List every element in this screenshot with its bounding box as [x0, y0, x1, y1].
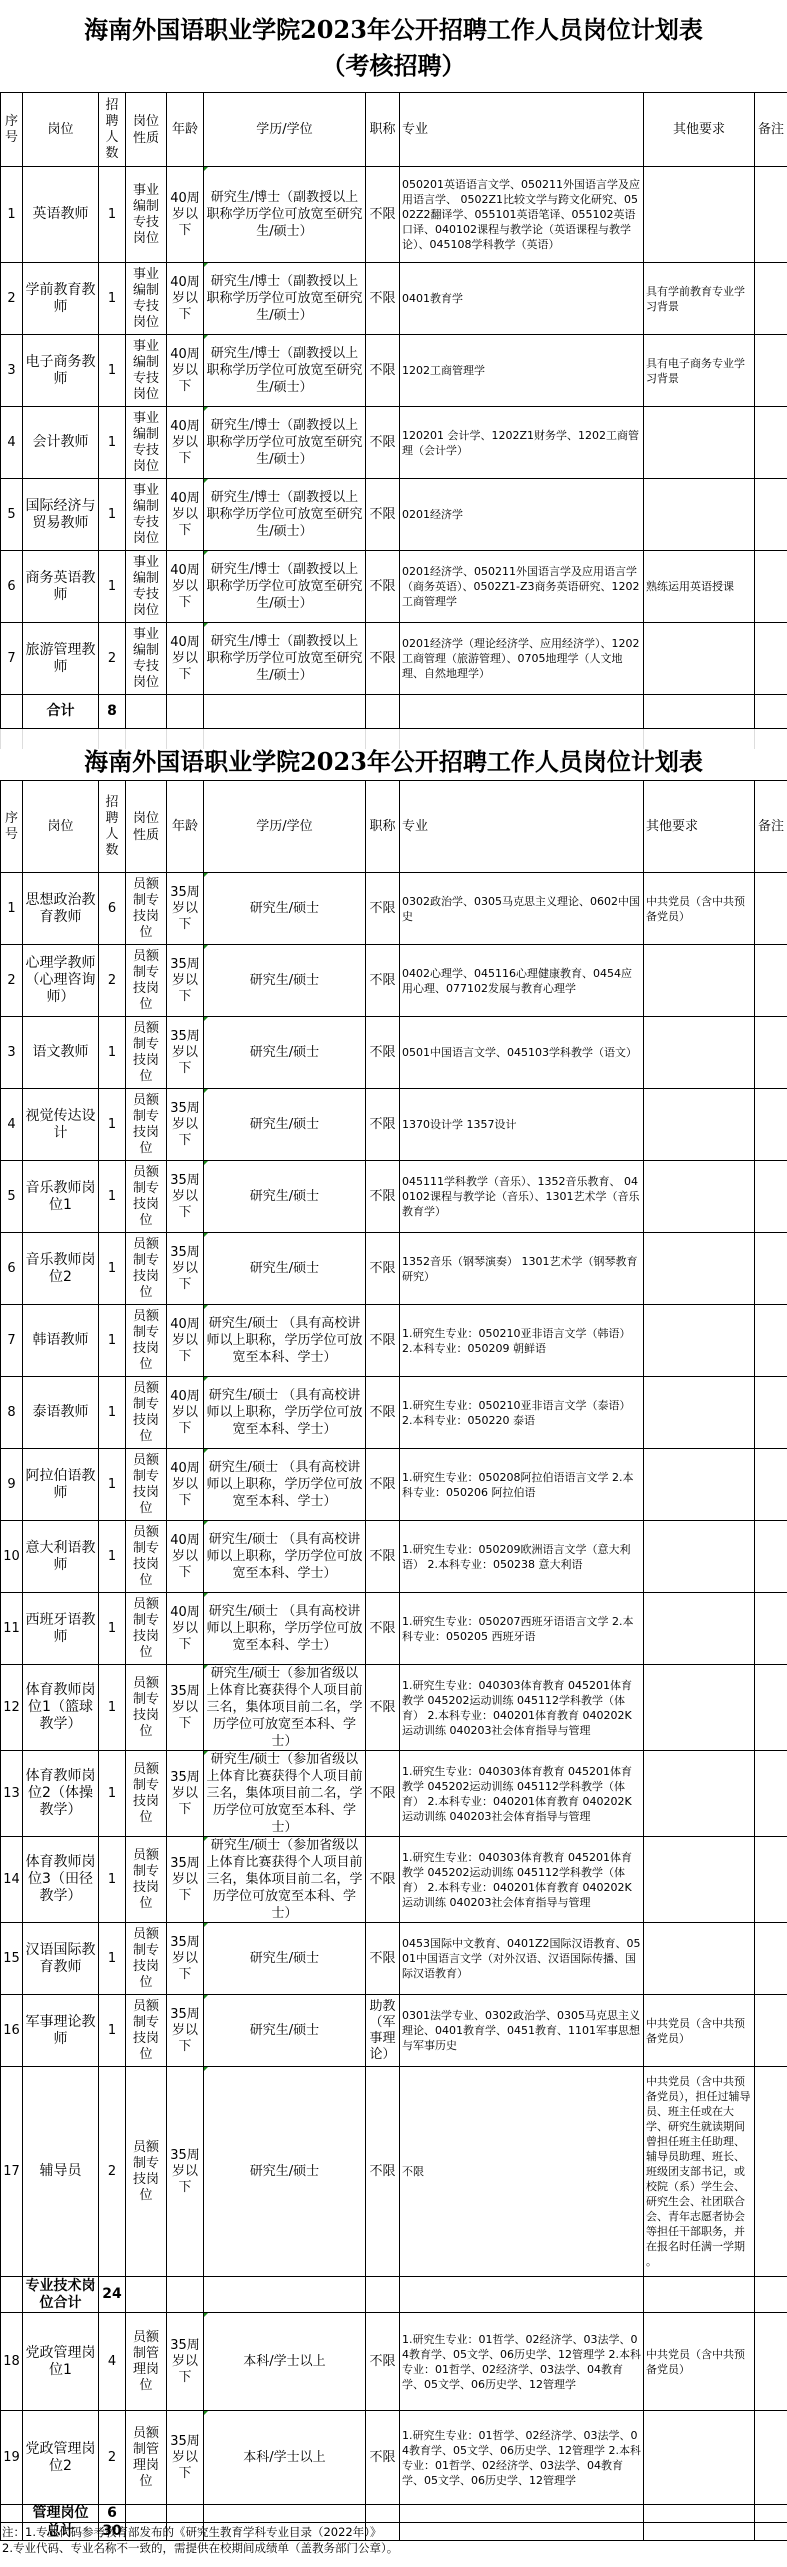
row-count: 4 [99, 2313, 126, 2411]
row-title: 不限 [366, 263, 400, 335]
row-nature: 事业编制专技岗位 [126, 167, 167, 263]
row-remark [755, 945, 787, 1017]
row-education: 研究生/博士（副教授以上职称学历学位可放宽至研究生/硕士） [204, 407, 366, 479]
row-remark [755, 873, 787, 945]
row-no: 13 [1, 1751, 23, 1837]
row-age: 35周岁以下 [167, 1665, 204, 1751]
row-age: 35周岁以下 [167, 2313, 204, 2411]
header-age: 年龄 [167, 93, 204, 167]
row-age: 40周岁以下 [167, 335, 204, 407]
empty-cell [366, 2505, 400, 2523]
row-no: 15 [1, 1923, 23, 1995]
row-position: 音乐教师岗位2 [23, 1233, 99, 1305]
row-major: 0401教育学 [400, 263, 644, 335]
row-no: 5 [1, 1161, 23, 1233]
row-education: 研究生/博士（副教授以上职称学历学位可放宽至研究生/硕士） [204, 479, 366, 551]
row-other-requirements [644, 479, 755, 551]
row-age: 35周岁以下 [167, 1161, 204, 1233]
row-nature: 员额制管理岗位 [126, 2411, 167, 2505]
empty-cell [1, 2505, 23, 2523]
row-title: 不限 [366, 1377, 400, 1449]
row-count: 1 [99, 551, 126, 623]
empty-cell [400, 2505, 644, 2523]
header-count: 招聘人数 [99, 93, 126, 167]
row-major: 1.研究生专业：040303体育教育 045201体育教学 045202运动训练… [400, 1751, 644, 1837]
empty-cell [755, 2505, 787, 2523]
row-education: 研究生/硕士 [204, 945, 366, 1017]
empty-cell [167, 2505, 204, 2523]
row-no: 6 [1, 551, 23, 623]
row-count: 1 [99, 1305, 126, 1377]
header-education: 学历/学位 [204, 781, 366, 873]
row-education: 研究生/硕士 （具有高校讲师以上职称，学历学位可放宽至本科、学士） [204, 1377, 366, 1449]
row-nature: 员额制专技岗位 [126, 1449, 167, 1521]
row-other-requirements: 中共党员（含中共预备党员） [644, 2313, 755, 2411]
row-major: 0201经济学 [400, 479, 644, 551]
empty-cell [366, 695, 400, 729]
row-position: 体育教师岗位1（篮球教学） [23, 1665, 99, 1751]
row-other-requirements [644, 1837, 755, 1923]
row-education: 研究生/硕士 （具有高校讲师以上职称，学历学位可放宽至本科、学士） [204, 1305, 366, 1377]
empty-cell [126, 2505, 167, 2523]
row-title: 不限 [366, 407, 400, 479]
row-age: 35周岁以下 [167, 945, 204, 1017]
row-age: 40周岁以下 [167, 407, 204, 479]
row-other-requirements [644, 2411, 755, 2505]
row-title: 不限 [366, 1665, 400, 1751]
table1-total-row-value: 8 [99, 695, 126, 729]
row-other-requirements: 具有电子商务专业学习背景 [644, 335, 755, 407]
row-count: 1 [99, 1923, 126, 1995]
row-title: 不限 [366, 1449, 400, 1521]
row-title: 不限 [366, 479, 400, 551]
row-remark [755, 335, 787, 407]
row-other-requirements [644, 1233, 755, 1305]
row-no: 4 [1, 1089, 23, 1161]
row-position: 阿拉伯语教师 [23, 1449, 99, 1521]
row-remark [755, 1521, 787, 1593]
row-education: 研究生/硕士 [204, 1161, 366, 1233]
row-nature: 员额制专技岗位 [126, 1305, 167, 1377]
row-major: 1202工商管理学 [400, 335, 644, 407]
tech-subtotal-row: 专业技术岗位合计24 [1, 2277, 787, 2313]
row-nature: 员额制专技岗位 [126, 945, 167, 1017]
empty-cell [644, 2277, 755, 2313]
tech-subtotal-row-value: 24 [99, 2277, 126, 2313]
empty-cell [755, 2277, 787, 2313]
row-other-requirements [644, 1377, 755, 1449]
row-education: 研究生/硕士 （具有高校讲师以上职称，学历学位可放宽至本科、学士） [204, 1449, 366, 1521]
row-title: 不限 [366, 1751, 400, 1837]
row-education: 研究生/硕士 [204, 1233, 366, 1305]
empty-cell [126, 2277, 167, 2313]
row-other-requirements [644, 1923, 755, 1995]
row-major: 1.研究生专业：050207西班牙语语言文学 2.本科专业：050205 西班牙… [400, 1593, 644, 1665]
row-education: 研究生/硕士（参加省级以上体育比赛获得个人项目前三名，集体项目前二名，学历学位可… [204, 1837, 366, 1923]
row-remark [755, 1837, 787, 1923]
row-remark [755, 1017, 787, 1089]
row-major: 1.研究生专业：050210亚非语言文学（泰语） 2.本科专业：050220 泰… [400, 1377, 644, 1449]
row-education: 研究生/硕士 [204, 873, 366, 945]
row-major: 0501中国语言文学、045103学科教学（语文） [400, 1017, 644, 1089]
row-age: 40周岁以下 [167, 1377, 204, 1449]
empty-cell [644, 2523, 755, 2541]
row-age: 35周岁以下 [167, 1751, 204, 1837]
row-education: 研究生/硕士 [204, 1923, 366, 1995]
row-major: 050201英语语言文学、050211外国语言学及应用语言学、 0502Z1比较… [400, 167, 644, 263]
footnote-1: 注：1.专业代码参考教育部发布的《研究生教育学科专业目录（2022年）》 [2, 2524, 398, 2540]
row-no: 5 [1, 479, 23, 551]
table2-title: 海南外国语职业学院2023年公开招聘工作人员岗位计划表 [0, 746, 787, 778]
row-major: 0201经济学、050211外国语言学及应用语言学（商务英语）、0502Z1-Z… [400, 551, 644, 623]
row-no: 3 [1, 335, 23, 407]
row-count: 1 [99, 1521, 126, 1593]
row-major: 1.研究生专业：050209欧洲语言文学（意大利语） 2.本科专业：050238… [400, 1521, 644, 1593]
row-education: 研究生/博士（副教授以上职称学历学位可放宽至研究生/硕士） [204, 335, 366, 407]
row-count: 1 [99, 335, 126, 407]
row-position: 泰语教师 [23, 1377, 99, 1449]
row-major: 120201 会计学、1202Z1财务学、1202工商管理（会计学） [400, 407, 644, 479]
row-age: 35周岁以下 [167, 2411, 204, 2505]
row-title: 不限 [366, 1837, 400, 1923]
row-remark [755, 623, 787, 695]
table-row: 18党政管理岗位14员额制管理岗位35周岁以下本科/学士以上不限1.研究生专业：… [1, 2313, 787, 2411]
table-row: 4会计教师1事业编制专技岗位40周岁以下研究生/博士（副教授以上职称学历学位可放… [1, 407, 787, 479]
header-title: 职称 [366, 781, 400, 873]
header-no: 序号 [1, 781, 23, 873]
row-remark [755, 1449, 787, 1521]
table-row: 1思想政治教育教师6员额制专技岗位35周岁以下研究生/硕士不限0302政治学、0… [1, 873, 787, 945]
row-title: 不限 [366, 551, 400, 623]
table-row: 6音乐教师岗位21员额制专技岗位35周岁以下研究生/硕士不限1352音乐（钢琴演… [1, 1233, 787, 1305]
row-major: 1.研究生专业：040303体育教育 045201体育教学 045202运动训练… [400, 1837, 644, 1923]
empty-cell [126, 695, 167, 729]
row-count: 1 [99, 1593, 126, 1665]
table-row: 17辅导员2员额制专技岗位35周岁以下研究生/硕士不限不限中共党员（含中共预备党… [1, 2067, 787, 2277]
row-age: 35周岁以下 [167, 1089, 204, 1161]
table-row: 11西班牙语教师1员额制专技岗位40周岁以下研究生/硕士 （具有高校讲师以上职称… [1, 1593, 787, 1665]
row-remark [755, 1089, 787, 1161]
row-major: 1.研究生专业：050208阿拉伯语语言文学 2.本科专业：050206 阿拉伯… [400, 1449, 644, 1521]
empty-cell [644, 695, 755, 729]
table-row: 4视觉传达设计1员额制专技岗位35周岁以下研究生/硕士不限1370设计学 135… [1, 1089, 787, 1161]
row-nature: 员额制专技岗位 [126, 1751, 167, 1837]
row-remark [755, 1233, 787, 1305]
table-row: 14体育教师岗位3（田径教学）1员额制专技岗位35周岁以下研究生/硕士（参加省级… [1, 1837, 787, 1923]
row-count: 1 [99, 263, 126, 335]
row-other-requirements [644, 1665, 755, 1751]
row-title: 不限 [366, 623, 400, 695]
row-nature: 事业编制专技岗位 [126, 623, 167, 695]
row-count: 2 [99, 945, 126, 1017]
row-no: 9 [1, 1449, 23, 1521]
row-no: 4 [1, 407, 23, 479]
row-title: 不限 [366, 1161, 400, 1233]
row-count: 1 [99, 1377, 126, 1449]
row-position: 体育教师岗位3（田径教学） [23, 1837, 99, 1923]
header-count: 招聘人数 [99, 781, 126, 873]
row-major: 1.研究生专业：050210亚非语言文学（韩语） 2.本科专业：050209 朝… [400, 1305, 644, 1377]
row-position: 心理学教师（心理咨询师） [23, 945, 99, 1017]
row-remark [755, 1923, 787, 1995]
table1-total-row: 合计8 [1, 695, 787, 729]
table-row: 12体育教师岗位1（篮球教学）1员额制专技岗位35周岁以下研究生/硕士（参加省级… [1, 1665, 787, 1751]
row-title: 助教（军事理论） [366, 1995, 400, 2067]
row-remark [755, 1305, 787, 1377]
row-age: 35周岁以下 [167, 1233, 204, 1305]
row-position: 视觉传达设计 [23, 1089, 99, 1161]
row-no: 11 [1, 1593, 23, 1665]
row-position: 思想政治教育教师 [23, 873, 99, 945]
row-nature: 事业编制专技岗位 [126, 407, 167, 479]
row-nature: 事业编制专技岗位 [126, 263, 167, 335]
row-title: 不限 [366, 1233, 400, 1305]
mgmt-subtotal-row-label: 管理岗位 [23, 2505, 99, 2523]
row-count: 1 [99, 1995, 126, 2067]
row-other-requirements: 中共党员（含中共预备党员） [644, 873, 755, 945]
row-position: 英语教师 [23, 167, 99, 263]
table-row: 7旅游管理教师2事业编制专技岗位40周岁以下研究生/博士（副教授以上职称学历学位… [1, 623, 787, 695]
row-age: 40周岁以下 [167, 1449, 204, 1521]
row-no: 6 [1, 1233, 23, 1305]
row-title: 不限 [366, 2313, 400, 2411]
row-major: 1370设计学 1357设计 [400, 1089, 644, 1161]
row-age: 35周岁以下 [167, 873, 204, 945]
row-title: 不限 [366, 1017, 400, 1089]
empty-cell [204, 2505, 366, 2523]
table-row: 1英语教师1事业编制专技岗位40周岁以下研究生/博士（副教授以上职称学历学位可放… [1, 167, 787, 263]
row-age: 40周岁以下 [167, 551, 204, 623]
row-education: 研究生/硕士 [204, 1995, 366, 2067]
table1-total-row-label: 合计 [23, 695, 99, 729]
row-position: 语文教师 [23, 1017, 99, 1089]
row-position: 党政管理岗位1 [23, 2313, 99, 2411]
row-no: 10 [1, 1521, 23, 1593]
table-row: 13体育教师岗位2（体操教学）1员额制专技岗位35周岁以下研究生/硕士（参加省级… [1, 1751, 787, 1837]
row-remark [755, 1665, 787, 1751]
row-position: 辅导员 [23, 2067, 99, 2277]
table-row: 9阿拉伯语教师1员额制专技岗位40周岁以下研究生/硕士 （具有高校讲师以上职称，… [1, 1449, 787, 1521]
empty-cell [400, 2523, 644, 2541]
empty-cell [755, 695, 787, 729]
row-remark [755, 1377, 787, 1449]
table-row: 5国际经济与贸易教师1事业编制专技岗位40周岁以下研究生/博士（副教授以上职称学… [1, 479, 787, 551]
row-count: 2 [99, 2411, 126, 2505]
footnotes: 注：1.专业代码参考教育部发布的《研究生教育学科专业目录（2022年）》 2.专… [2, 2524, 398, 2556]
row-nature: 员额制专技岗位 [126, 1837, 167, 1923]
empty-cell [400, 2277, 644, 2313]
header-position: 岗位 [23, 781, 99, 873]
row-title: 不限 [366, 873, 400, 945]
row-count: 1 [99, 1449, 126, 1521]
row-position: 军事理论教师 [23, 1995, 99, 2067]
row-remark [755, 479, 787, 551]
row-position: 意大利语教师 [23, 1521, 99, 1593]
row-age: 35周岁以下 [167, 1995, 204, 2067]
table-row: 16军事理论教师1员额制专技岗位35周岁以下研究生/硕士助教（军事理论）0301… [1, 1995, 787, 2067]
table-row: 5音乐教师岗位11员额制专技岗位35周岁以下研究生/硕士不限045111学科教学… [1, 1161, 787, 1233]
row-other-requirements: 中共党员（含中共预备党员） [644, 1995, 755, 2067]
row-age: 40周岁以下 [167, 1305, 204, 1377]
table-row: 3语文教师1员额制专技岗位35周岁以下研究生/硕士不限0501中国语言文学、04… [1, 1017, 787, 1089]
row-title: 不限 [366, 2411, 400, 2505]
table-row: 6商务英语教师1事业编制专技岗位40周岁以下研究生/博士（副教授以上职称学历学位… [1, 551, 787, 623]
header-title: 职称 [366, 93, 400, 167]
row-nature: 员额制专技岗位 [126, 2067, 167, 2277]
row-major: 0402心理学、045116心理健康教育、0454应用心理、077102发展与教… [400, 945, 644, 1017]
row-no: 16 [1, 1995, 23, 2067]
row-remark [755, 2313, 787, 2411]
row-position: 国际经济与贸易教师 [23, 479, 99, 551]
row-education: 研究生/硕士 （具有高校讲师以上职称，学历学位可放宽至本科、学士） [204, 1593, 366, 1665]
row-other-requirements: 熟练运用英语授课 [644, 551, 755, 623]
row-nature: 员额制专技岗位 [126, 1923, 167, 1995]
row-major: 0302政治学、0305马克思主义理论、0602中国史 [400, 873, 644, 945]
row-nature: 员额制专技岗位 [126, 1593, 167, 1665]
row-title: 不限 [366, 2067, 400, 2277]
row-position: 商务英语教师 [23, 551, 99, 623]
table-row: 2心理学教师（心理咨询师）2员额制专技岗位35周岁以下研究生/硕士不限0402心… [1, 945, 787, 1017]
row-other-requirements: 具有学前教育专业学习背景 [644, 263, 755, 335]
row-age: 40周岁以下 [167, 1521, 204, 1593]
row-education: 研究生/博士（副教授以上职称学历学位可放宽至研究生/硕士） [204, 623, 366, 695]
row-major: 1352音乐（钢琴演奏） 1301艺术学（钢琴教育研究） [400, 1233, 644, 1305]
header-position: 岗位 [23, 93, 99, 167]
row-no: 19 [1, 2411, 23, 2505]
table-row: 10意大利语教师1员额制专技岗位40周岁以下研究生/硕士 （具有高校讲师以上职称… [1, 1521, 787, 1593]
table1-title: 海南外国语职业学院2023年公开招聘工作人员岗位计划表 [0, 14, 787, 46]
row-no: 3 [1, 1017, 23, 1089]
row-education: 研究生/博士（副教授以上职称学历学位可放宽至研究生/硕士） [204, 551, 366, 623]
row-count: 1 [99, 407, 126, 479]
row-remark [755, 167, 787, 263]
row-remark [755, 407, 787, 479]
row-title: 不限 [366, 1593, 400, 1665]
row-count: 1 [99, 167, 126, 263]
row-remark [755, 1161, 787, 1233]
row-other-requirements [644, 1305, 755, 1377]
row-no: 1 [1, 873, 23, 945]
row-education: 本科/学士以上 [204, 2411, 366, 2505]
footnote-2: 2.专业代码、专业名称不一致的，需提供在校期间成绩单（盖教务部门公章）。 [2, 2540, 398, 2556]
row-position: 党政管理岗位2 [23, 2411, 99, 2505]
table2-recruitment-plan: 序号 岗位 招聘人数 岗位性质 年龄 学历/学位 职称 专业 其他要求 备注 1… [0, 780, 787, 2541]
row-age: 35周岁以下 [167, 1923, 204, 1995]
row-other-requirements [644, 623, 755, 695]
header-education: 学历/学位 [204, 93, 366, 167]
header-age: 年龄 [167, 781, 204, 873]
row-title: 不限 [366, 1521, 400, 1593]
row-no: 2 [1, 263, 23, 335]
tech-subtotal-row-label: 专业技术岗位合计 [23, 2277, 99, 2313]
header-other: 其他要求 [644, 93, 755, 167]
row-nature: 员额制专技岗位 [126, 873, 167, 945]
table-row: 3电子商务教师1事业编制专技岗位40周岁以下研究生/博士（副教授以上职称学历学位… [1, 335, 787, 407]
row-count: 2 [99, 2067, 126, 2277]
row-title: 不限 [366, 945, 400, 1017]
header-no: 序号 [1, 93, 23, 167]
row-count: 1 [99, 1017, 126, 1089]
row-count: 6 [99, 873, 126, 945]
row-education: 研究生/硕士 [204, 1017, 366, 1089]
empty-cell [1, 2277, 23, 2313]
row-other-requirements [644, 1593, 755, 1665]
header-major: 专业 [400, 781, 644, 873]
row-education: 研究生/博士（副教授以上职称学历学位可放宽至研究生/硕士） [204, 263, 366, 335]
row-nature: 事业编制专技岗位 [126, 479, 167, 551]
row-major: 0201经济学（理论经济学、应用经济学）、1202工商管理（旅游管理）、0705… [400, 623, 644, 695]
row-other-requirements [644, 1449, 755, 1521]
row-remark [755, 263, 787, 335]
row-position: 旅游管理教师 [23, 623, 99, 695]
row-remark [755, 2067, 787, 2277]
empty-cell [1, 695, 23, 729]
table1-assessment-recruitment: 序号 岗位 招聘人数 岗位性质 年龄 学历/学位 职称 专业 其他要求 备注 1… [0, 92, 787, 749]
row-count: 1 [99, 1233, 126, 1305]
row-count: 1 [99, 479, 126, 551]
empty-cell [755, 2523, 787, 2541]
mgmt-subtotal-row: 管理岗位6 [1, 2505, 787, 2523]
empty-cell [204, 2277, 366, 2313]
row-position: 会计教师 [23, 407, 99, 479]
row-education: 本科/学士以上 [204, 2313, 366, 2411]
row-title: 不限 [366, 167, 400, 263]
row-major: 045111学科教学（音乐）、1352音乐教育、 040102课程与教学论（音乐… [400, 1161, 644, 1233]
row-other-requirements [644, 167, 755, 263]
row-no: 12 [1, 1665, 23, 1751]
header-nature: 岗位性质 [126, 93, 167, 167]
row-major: 1.研究生专业：040303体育教育 045201体育教学 045202运动训练… [400, 1665, 644, 1751]
row-position: 学前教育教师 [23, 263, 99, 335]
row-other-requirements: 中共党员（含中共预备党员），担任过辅导员、班主任或在大学、研究生就读期间曾担任班… [644, 2067, 755, 2277]
row-age: 40周岁以下 [167, 623, 204, 695]
row-other-requirements [644, 945, 755, 1017]
row-count: 1 [99, 1161, 126, 1233]
row-major: 0301法学专业、0302政治学、0305马克思主义理论、0401教育学、045… [400, 1995, 644, 2067]
row-count: 1 [99, 1837, 126, 1923]
header-other: 其他要求 [644, 781, 755, 873]
table-row: 8泰语教师1员额制专技岗位40周岁以下研究生/硕士 （具有高校讲师以上职称，学历… [1, 1377, 787, 1449]
row-nature: 员额制专技岗位 [126, 1233, 167, 1305]
table-row: 7韩语教师1员额制专技岗位40周岁以下研究生/硕士 （具有高校讲师以上职称，学历… [1, 1305, 787, 1377]
empty-cell [366, 2277, 400, 2313]
row-remark [755, 1995, 787, 2067]
row-age: 35周岁以下 [167, 2067, 204, 2277]
mgmt-subtotal-row-value: 6 [99, 2505, 126, 2523]
header-remark: 备注 [755, 93, 787, 167]
table-row: 2学前教育教师1事业编制专技岗位40周岁以下研究生/博士（副教授以上职称学历学位… [1, 263, 787, 335]
row-education: 研究生/硕士 [204, 1089, 366, 1161]
empty-cell [167, 695, 204, 729]
row-title: 不限 [366, 1305, 400, 1377]
header-major: 专业 [400, 93, 644, 167]
empty-cell [400, 695, 644, 729]
empty-cell [167, 2277, 204, 2313]
row-title: 不限 [366, 335, 400, 407]
empty-cell [644, 2505, 755, 2523]
row-major: 0453国际中文教育、0401Z2国际汉语教育、0501中国语言文学（对外汉语、… [400, 1923, 644, 1995]
row-position: 体育教师岗位2（体操教学） [23, 1751, 99, 1837]
row-major: 1.研究生专业：01哲学、02经济学、03法学、04教育学、05文学、06历史学… [400, 2411, 644, 2505]
row-other-requirements [644, 1521, 755, 1593]
row-nature: 员额制管理岗位 [126, 2313, 167, 2411]
row-age: 40周岁以下 [167, 167, 204, 263]
row-nature: 员额制专技岗位 [126, 1995, 167, 2067]
row-remark [755, 1751, 787, 1837]
row-education: 研究生/博士（副教授以上职称学历学位可放宽至研究生/硕士） [204, 167, 366, 263]
row-no: 7 [1, 623, 23, 695]
row-other-requirements [644, 1017, 755, 1089]
